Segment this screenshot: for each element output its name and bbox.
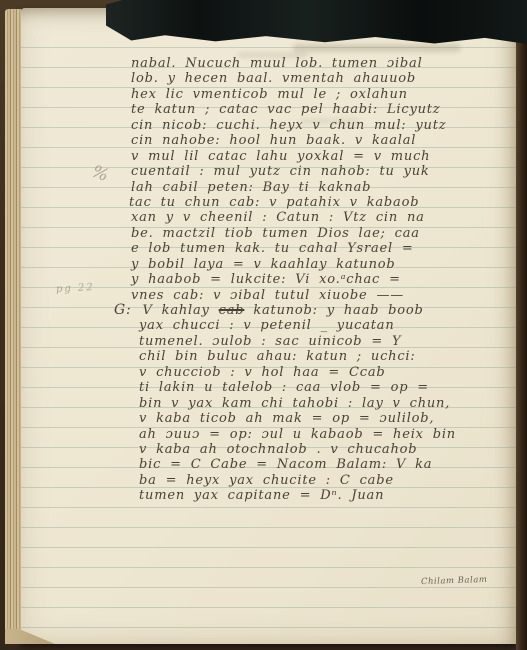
manuscript-text: v kaba ticob ah mak = op = ɔulilob,: [139, 411, 434, 426]
manuscript-line: te katun ; catac vac pel haabi: Licyutz: [131, 102, 471, 117]
manuscript-text: lob. y hecen baal. vmentah ahauuob: [131, 71, 416, 86]
manuscript-line: v kaba ah otochnalob . v chucahob: [139, 442, 471, 457]
manuscript-line: tac tu chun cab: v patahix v kabaob: [129, 195, 471, 210]
manuscript-text: cin nicob: cuchi. heyx v chun mul: yutz: [131, 118, 446, 133]
manuscript-line: lah cabil peten: Bay ti kaknab: [131, 180, 471, 195]
manuscript-line: vnes cab: v ɔibal tutul xiuobe ——: [131, 288, 471, 303]
manuscript-line: v chucciob : v hol haa = Ccab: [139, 365, 471, 380]
manuscript-line: cin nahobe: hool hun baak. v kaalal: [131, 133, 471, 148]
pencil-page-note: pg 22: [56, 282, 95, 295]
manuscript-text: cin nahobe: hool hun baak. v kaalal: [131, 133, 416, 148]
manuscript-line: cuentail : mul yutz cin nahob: tu yuk: [131, 164, 471, 179]
manuscript-text: ti lakin u talelob : caa vlob = op =: [139, 380, 429, 395]
manuscript-line: bin v yax kam chi tahobi : lay v chun,: [139, 396, 471, 411]
ink-bleedthrough: [293, 44, 461, 52]
manuscript-text: ba = heyx yax chucite : C cabe: [139, 473, 394, 488]
manuscript-line: nabal. Nucuch muul lob. tumen ɔibal: [131, 56, 471, 71]
manuscript-text: y bobil laya = v kaahlay katunob: [131, 257, 396, 272]
manuscript-text: v kaba ah otochnalob . v chucahob: [139, 442, 417, 457]
manuscript-text: tumenel. ɔulob : sac uinicob = Y: [139, 334, 401, 349]
manuscript-text: G:: [114, 303, 132, 318]
manuscript-photo: 16. % pg 22 Chilam Balam nabal. Nucuch m…: [0, 0, 527, 650]
manuscript-line: chil bin buluc ahau: katun ; uchci:: [139, 349, 471, 364]
manuscript-line: tumenel. ɔulob : sac uinicob = Y: [139, 334, 471, 349]
manuscript-text: chil bin buluc ahau: katun ; uchci:: [139, 349, 416, 364]
manuscript-text: bin v yax kam chi tahobi : lay v chun,: [139, 396, 450, 411]
manuscript-text: bic = C Cabe = Nacom Balam: V ka: [139, 457, 432, 472]
manuscript-line: e lob tumen kak. tu cahal Ysrael =: [131, 241, 471, 256]
manuscript-line: y haabob = lukcite: Vi xo.ᵃchac =: [131, 272, 471, 287]
manuscript-line: hex lic vmenticob mul le ; oxlahun: [131, 87, 471, 102]
manuscript-text: ah ɔuuɔ = op: ɔul u kabaob = heix bin: [139, 427, 456, 442]
manuscript-line: yax chucci : v petenil _ yucatan: [139, 318, 471, 333]
manuscript-text: katunob: y haab boob: [244, 303, 423, 318]
text-block: nabal. Nucuch muul lob. tumen ɔiballob. …: [131, 56, 471, 504]
book-cover-edge: [516, 0, 527, 650]
manuscript-text: vnes cab: v ɔibal tutul xiuobe ——: [131, 288, 404, 303]
manuscript-text: v mul lil catac lahu yoxkal = v much: [131, 149, 430, 164]
manuscript-text: xan y v cheenil : Catun : Vtz cin na: [131, 210, 425, 225]
manuscript-text: te katun ; catac vac pel haabi: Licyutz: [131, 102, 440, 117]
manuscript-text: y haabob = lukcite: Vi xo.ᵃchac =: [131, 272, 401, 287]
manuscript-line: tumen yax capitane = Dⁿ. Juan: [139, 488, 471, 503]
manuscript-text: cuentail : mul yutz cin nahob: tu yuk: [131, 164, 430, 179]
manuscript-line: y bobil laya = v kaahlay katunob: [131, 257, 471, 272]
manuscript-line: v mul lil catac lahu yoxkal = v much: [131, 149, 471, 164]
manuscript-text: hex lic vmenticob mul le ; oxlahun: [131, 87, 408, 102]
manuscript-text: tac tu chun cab: v patahix v kabaob: [129, 195, 419, 210]
manuscript-text: tumen yax capitane = Dⁿ. Juan: [139, 488, 384, 503]
manuscript-line: xan y v cheenil : Catun : Vtz cin na: [131, 210, 471, 225]
manuscript-text: V kahlay: [143, 303, 219, 318]
manuscript-text: lah cabil peten: Bay ti kaknab: [131, 180, 371, 195]
manuscript-text: v chucciob : v hol haa = Ccab: [139, 365, 386, 380]
manuscript-line: ah ɔuuɔ = op: ɔul u kabaob = heix bin: [139, 427, 471, 442]
manuscript-line: ti lakin u talelob : caa vlob = op =: [139, 380, 471, 395]
manuscript-line: cin nicob: cuchi. heyx v chun mul: yutz: [131, 118, 471, 133]
manuscript-line: ba = heyx yax chucite : C cabe: [139, 473, 471, 488]
book-page-edges: [5, 9, 21, 642]
struck-word: cab: [219, 303, 245, 318]
manuscript-text: nabal. Nucuch muul lob. tumen ɔibal: [131, 56, 423, 71]
manuscript-line: v kaba ticob ah mak = op = ɔulilob,: [139, 411, 471, 426]
manuscript-line: G:V kahlay cab katunob: y haab boob: [114, 303, 471, 318]
manuscript-line: bic = C Cabe = Nacom Balam: V ka: [139, 457, 471, 472]
manuscript-line: be. mactzil tiob tumen Dios lae; caa: [131, 226, 471, 241]
manuscript-text: e lob tumen kak. tu cahal Ysrael =: [131, 241, 414, 256]
manuscript-line: lob. y hecen baal. vmentah ahauuob: [131, 71, 471, 86]
manuscript-text: yax chucci : v petenil _ yucatan: [139, 318, 395, 333]
manuscript-text: be. mactzil tiob tumen Dios lae; caa: [131, 226, 420, 241]
